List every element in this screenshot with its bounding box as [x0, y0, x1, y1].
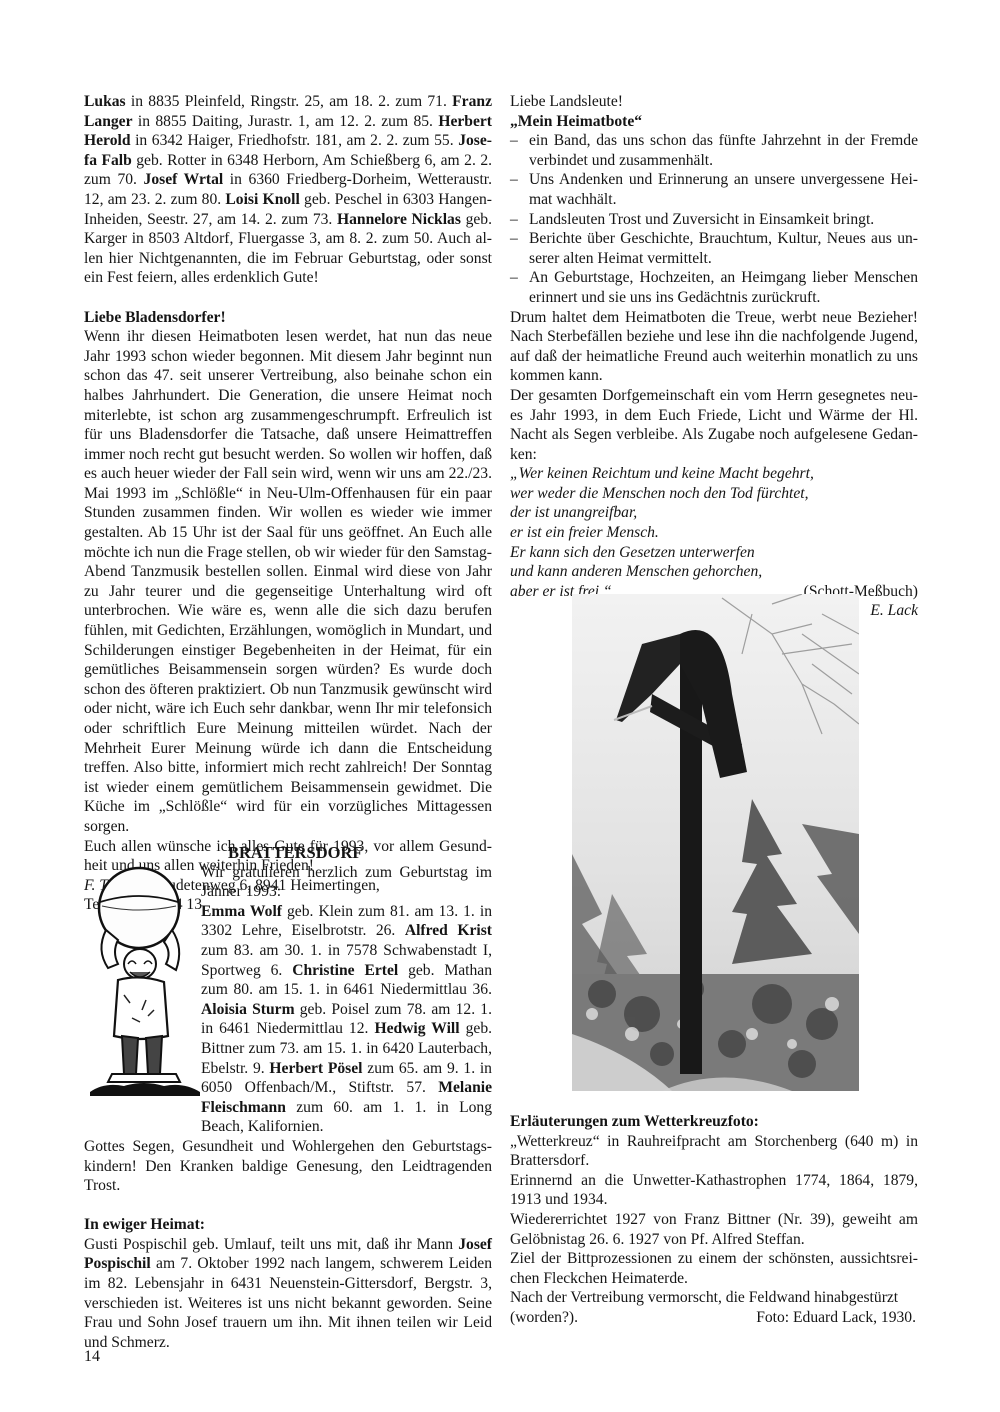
poem-line: wer weder die Menschen noch den Tod fürc… — [510, 484, 918, 504]
section-heading-heimatbote: „Mein Heimatbote“ — [510, 112, 918, 132]
text-segment: Gusti Pospischil geb. Umlauf, teilt uns … — [84, 1236, 458, 1253]
caption-line: Nach der Vertreibung vermorscht, die Fel… — [510, 1288, 918, 1308]
person-name: Alfred Krist — [405, 922, 492, 939]
heimatbote-list: ein Band, das uns schon das fünfte Jahrz… — [510, 131, 918, 307]
caption-heading: Erläuterungen zum Wetterkreuzfoto: — [510, 1112, 918, 1132]
person-name: Herbert Pösel — [269, 1060, 362, 1077]
poem-line: Er kann sich den Gesetzen unterwerfen — [510, 543, 918, 563]
obituary-text: Gusti Pospischil geb. Umlauf, teilt uns … — [84, 1235, 492, 1353]
left-column: Lukas in 8835 Pleinfeld, Ringstr. 25, am… — [84, 92, 492, 915]
person-name: Loisi Knoll — [225, 191, 299, 208]
right-column: Liebe Landsleute! „Mein Heimatbote“ ein … — [510, 92, 918, 621]
caption-line: „Wetterkreuz“ in Rauhreifpracht am Storc… — [510, 1132, 918, 1171]
list-item: Uns Andenken und Erinnerung an unsere un… — [510, 170, 918, 209]
caption-line: Ziel der Bittprozessionen zu einem der s… — [510, 1249, 918, 1288]
brattersdorf-text: BRATTERSDORF Wir gratulieren herzlich zu… — [201, 843, 492, 1137]
brattersdorf-section: BRATTERSDORF Wir gratulieren herzlich zu… — [84, 843, 492, 1352]
person-name: Aloisia Sturm — [201, 1001, 295, 1018]
list-item: Berichte über Geschichte, Brauchtum, Kul… — [510, 229, 918, 268]
person-name: Hannelore Nicklas — [337, 211, 461, 228]
poem-line: „Wer keinen Reichtum und keine Macht beg… — [510, 464, 918, 484]
caption-line: (worden?). — [510, 1308, 578, 1328]
author-name: E. Lack — [870, 602, 918, 619]
bladensdorf-body: Wenn ihr diesen Heimatboten lesen werdet… — [84, 327, 492, 836]
photo-caption: Erläuterungen zum Wetterkreuzfoto: „Wett… — [510, 1112, 918, 1328]
person-name: Hedwig Will — [374, 1020, 459, 1037]
list-item: Landsleuten Trost und Zuversicht in Eins… — [510, 210, 918, 230]
text-segment: in 6342 Haiger, Friedhofstr. 181, am 2. … — [131, 132, 459, 149]
greeting: Liebe Landsleute! — [510, 92, 918, 112]
person-name: Josef Wrtal — [144, 171, 224, 188]
person-name: Lukas — [84, 93, 126, 110]
wooden-cross-photo-icon — [572, 594, 859, 1091]
caption-line: Erinnernd an die Unwetter-Kathastrophen … — [510, 1171, 918, 1210]
person-name: Emma Wolf — [201, 903, 282, 920]
page-number: 14 — [84, 1348, 100, 1366]
blessing-text: Gottes Segen, Gesundheit und Wohlergehen… — [84, 1137, 492, 1196]
paragraph-subscribers: Drum haltet dem Heimatboten die Treue, w… — [510, 308, 918, 386]
poem-line: der ist unangreifbar, — [510, 503, 918, 523]
wetterkreuz-photo — [572, 594, 859, 1091]
caption-last-row: (worden?). Foto: Eduard Lack, 1930. — [510, 1308, 918, 1328]
list-item: ein Band, das uns schon das fünfte Jahrz… — [510, 131, 918, 170]
text-segment: in 8835 Pleinfeld, Ringstr. 25, am 18. 2… — [126, 93, 453, 110]
birthday-list-january: Emma Wolf geb. Klein zum 81. am 13. 1. i… — [201, 902, 492, 1137]
section-heading-bladensdorf: Liebe Bladensdorfer! — [84, 308, 492, 328]
section-heading-brattersdorf: BRATTERSDORF — [228, 843, 492, 863]
person-name: Christine Ertel — [292, 962, 398, 979]
caption-line: Wiedererrichtet 1927 von Franz Bittner (… — [510, 1210, 918, 1249]
section-heading-obituary: In ewiger Heimat: — [84, 1215, 492, 1235]
poem-line: und kann anderen Menschen gehorchen, — [510, 562, 918, 582]
brattersdorf-closing: Gottes Segen, Gesundheit und Wohlergehen… — [84, 1137, 492, 1353]
text-segment: in 8855 Daiting, Jurastr. 1, am 12. 2. z… — [133, 113, 439, 130]
photo-credit: Foto: Eduard Lack, 1930. — [756, 1308, 916, 1328]
poem: „Wer keinen Reichtum und keine Macht beg… — [510, 464, 918, 601]
brattersdorf-intro: Wir gratulieren herzlich zum Geburtstag … — [201, 863, 492, 902]
list-item: An Geburtstage, Hochzeiten, an Heimgang … — [510, 268, 918, 307]
poem-line: er ist ein freier Mensch. — [510, 523, 918, 543]
birthday-list-february: Lukas in 8835 Pleinfeld, Ringstr. 25, am… — [84, 92, 492, 288]
atlas-figure-icon — [84, 860, 204, 1098]
paragraph-new-year: Der gesamten Dorfgemeinschaft ein vom He… — [510, 386, 918, 464]
